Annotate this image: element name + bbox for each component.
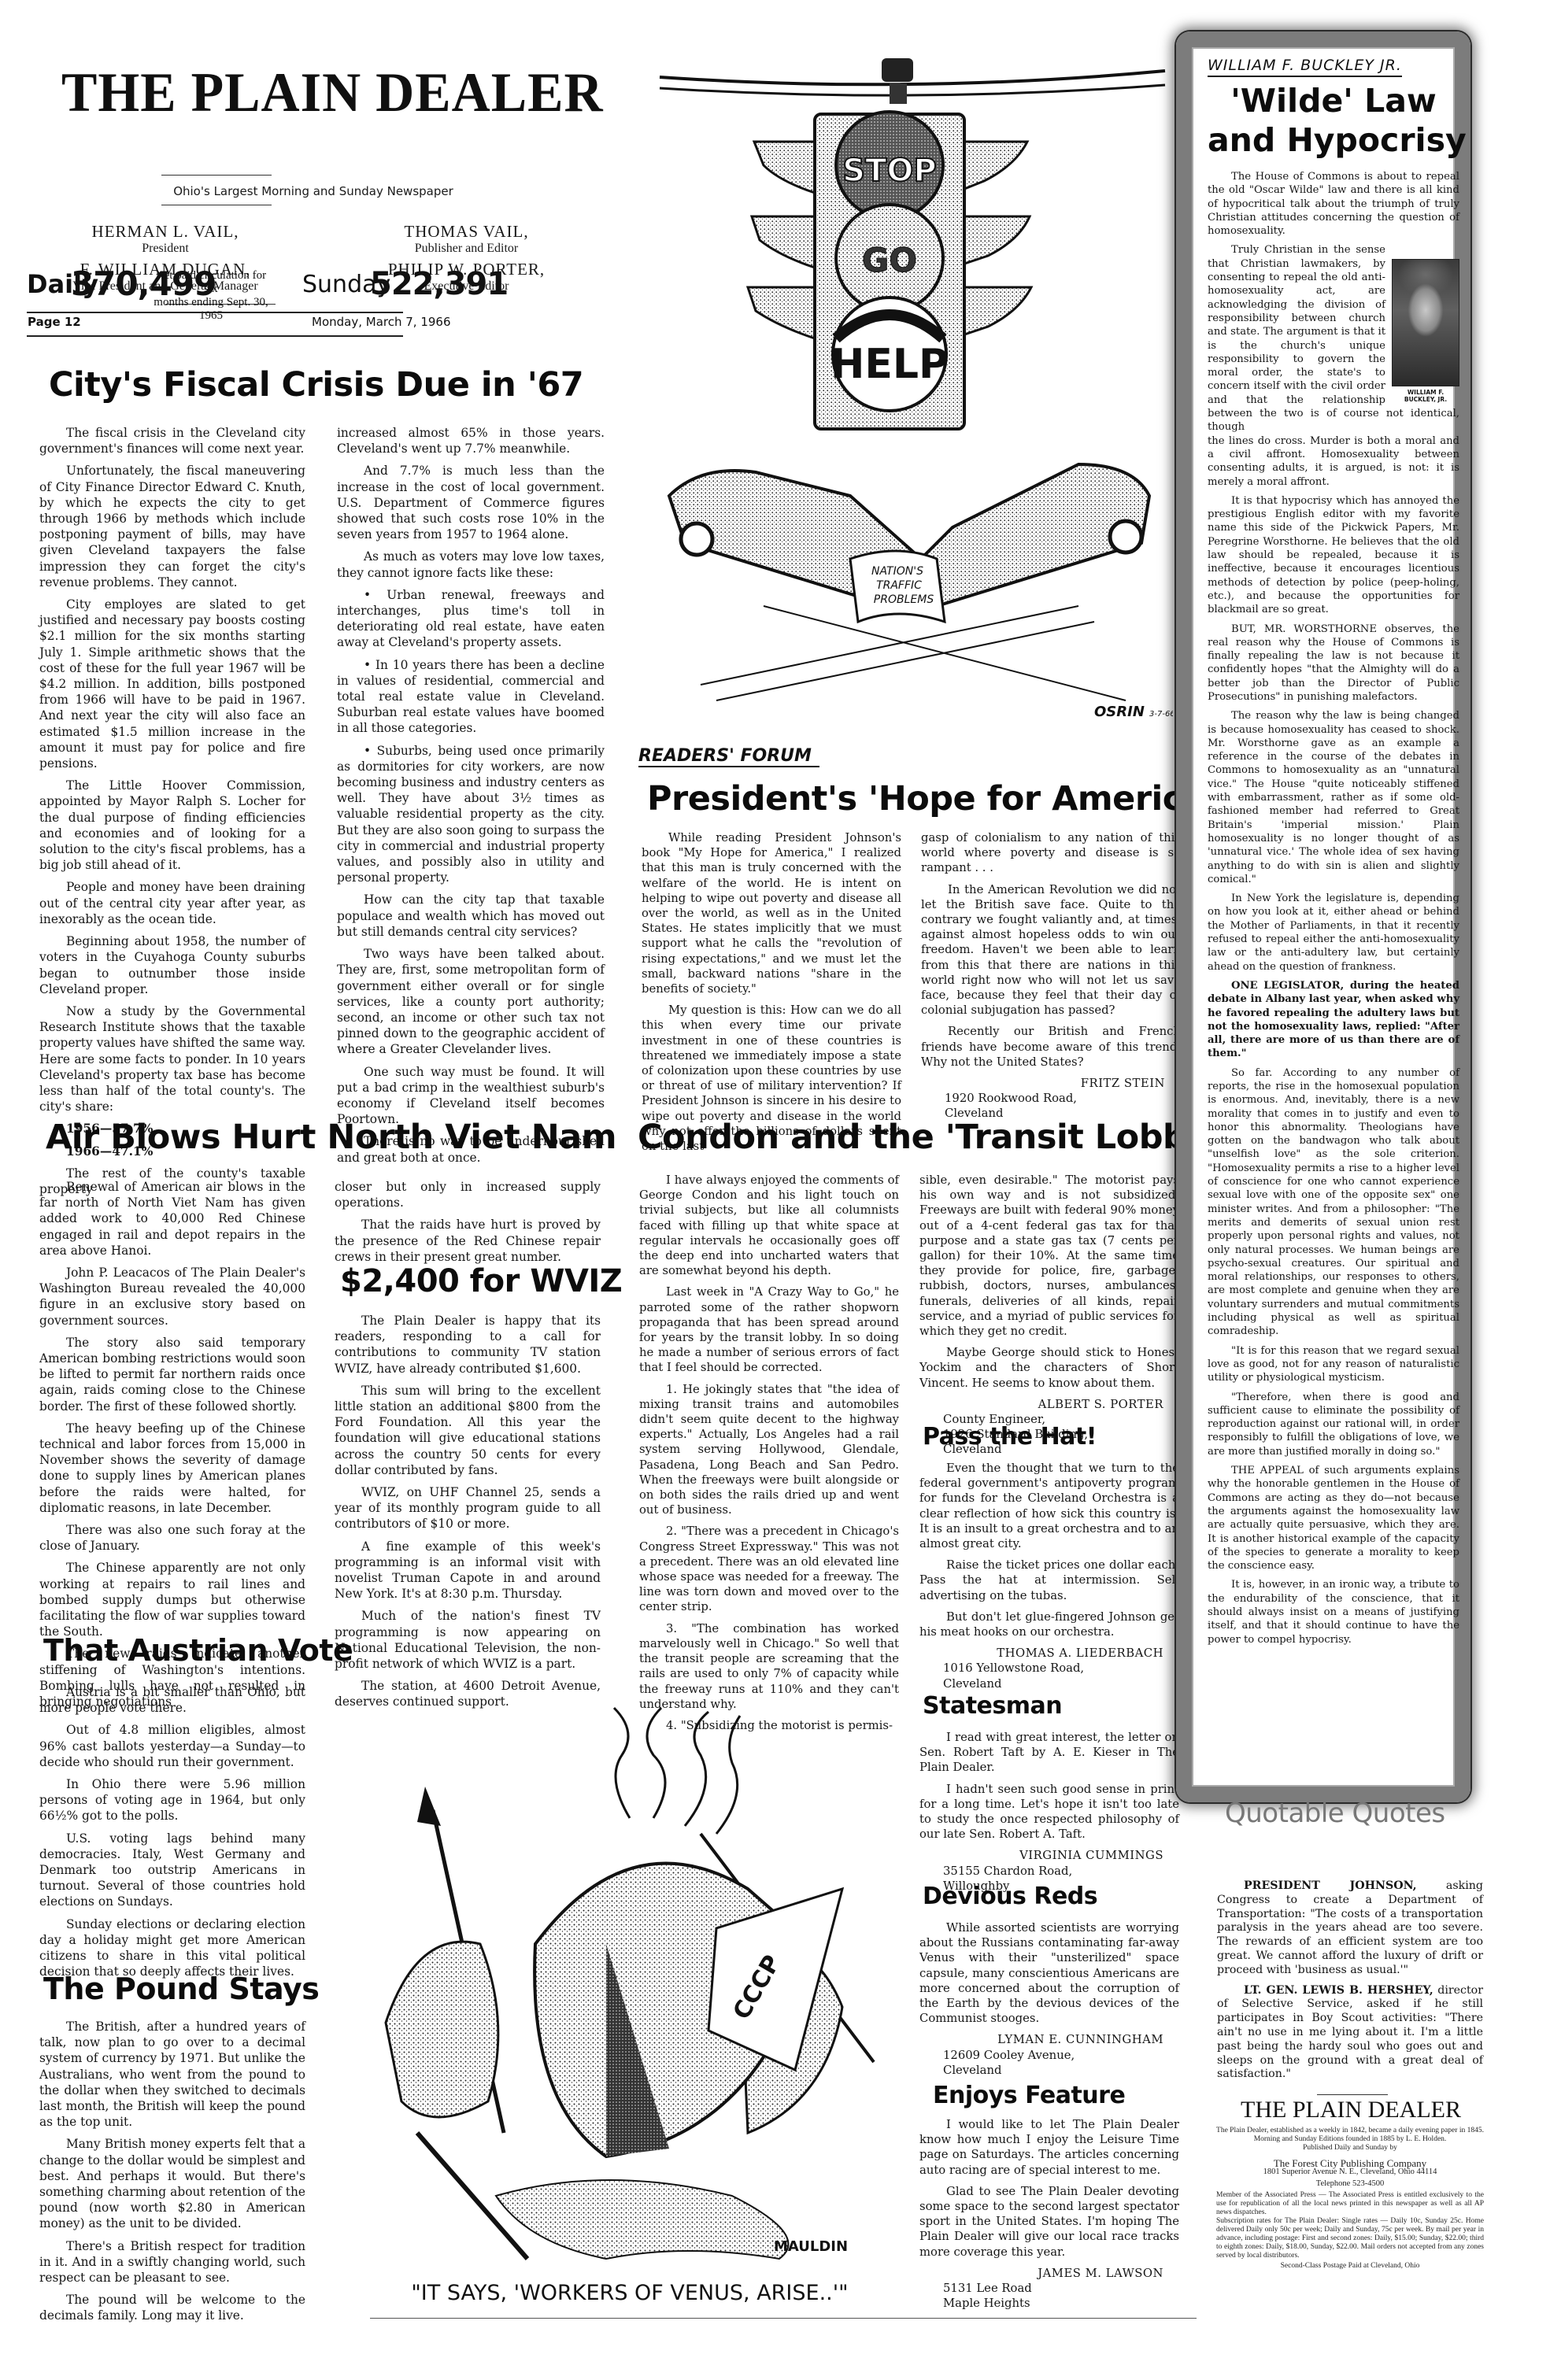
light-stop: STOP [842, 153, 936, 189]
headline-presidents-hope: President's 'Hope for America' [647, 779, 1215, 819]
headline-wviz: $2,400 for WVIZ [340, 1263, 622, 1299]
buckley-column: WILLIAM F. BUCKLEY JR. 'Wilde' Law and H… [1208, 57, 1459, 1652]
article-fiscal-col2: increased almost 65% in those years. Cle… [337, 425, 605, 1172]
article-pound-stays: The British, after a hundred years of ta… [39, 2019, 305, 2330]
article-austrian-vote: Austria is a bit smaller than Ohio, but … [39, 1684, 305, 1986]
headline-quotable-quotes: Quotable Quotes [1225, 1798, 1445, 1829]
quote-item: LT. GEN. LEWIS B. HERSHEY, director of S… [1217, 1984, 1483, 2082]
article-fiscal-col1: The fiscal crisis in the Cleveland city … [39, 425, 305, 1203]
colophon-title: THE PLAIN DEALER [1233, 2097, 1469, 2123]
photo-caption: WILLIAM F. BUCKLEY, JR. [1392, 389, 1459, 403]
photo-wrap: WILLIAM F. BUCKLEY, JR. [1392, 259, 1459, 403]
date-rule-top [27, 312, 403, 313]
colophon: The Plain Dealer, established as a weekl… [1216, 2127, 1484, 2271]
banner-line-1: NATION'S [871, 565, 923, 578]
cartoon-caption: "IT SAYS, 'WORKERS OF VENUS, ARISE..'" [411, 2281, 848, 2305]
letter-enjoys-feature: I would like to let The Plain Dealer kno… [919, 2117, 1179, 2311]
banner-line-3: PROBLEMS [874, 593, 934, 606]
column-byline: WILLIAM F. BUCKLEY JR. [1208, 57, 1402, 77]
quote-item: PRESIDENT JOHNSON, asking Congress to cr… [1217, 1879, 1483, 1978]
column-body: The House of Commons is about to repeal … [1208, 170, 1459, 1646]
letter-pass-the-hat: Even the thought that we turn to the fed… [919, 1461, 1179, 1701]
section-label-readers-forum: READERS' FORUM [638, 746, 819, 767]
letter-signer: FRITZ STEIN [921, 1076, 1181, 1091]
circulation-note: Net paid circulation for six months endi… [148, 269, 274, 323]
masthead-title: THE PLAIN DEALER [61, 60, 604, 125]
article-wviz: The Plain Dealer is happy that its reade… [335, 1313, 601, 1717]
quotable-quotes-list: PRESIDENT JOHNSON, asking Congress to cr… [1217, 1879, 1483, 2088]
letter-condon-col1: I have always enjoyed the comments of Ge… [639, 1173, 899, 1739]
venus-capsule-illustration: CCCP MAULDIN "IT SAYS, 'WORKERS OF VENUS… [370, 1692, 913, 2314]
cartoon-date: 3-7-66 [1149, 710, 1173, 719]
headline-pound-stays: The Pound Stays [43, 1972, 319, 2006]
letter-devious-reds: While assorted scientists are worrying a… [919, 1920, 1179, 2087]
letter-statesman: I read with great interest, the letter o… [919, 1730, 1179, 1903]
author-photo [1392, 259, 1459, 386]
article-air-blows-col2: closer but only in increased supply oper… [335, 1179, 601, 1271]
divider [161, 175, 272, 176]
banner-line-2: TRAFFIC [876, 579, 922, 592]
light-go: GO [862, 241, 917, 279]
headline-condon-transit-lobby: Condon and the 'Transit Lobby' [638, 1118, 1218, 1157]
headline-pass-the-hat: Pass the Hat! [923, 1423, 1097, 1451]
divider [161, 205, 272, 205]
issue-date: Monday, March 7, 1966 [312, 315, 451, 329]
headline-devious-reds: Devious Reds [923, 1883, 1097, 1910]
masthead-tagline: Ohio's Largest Morning and Sunday Newspa… [120, 184, 506, 198]
circulation-bar: Daily 370,499 Net paid circulation for s… [25, 268, 608, 315]
editorial-cartoon-venus: CCCP MAULDIN "IT SAYS, 'WORKERS OF VENUS… [370, 1692, 913, 2314]
headline-enjoys-feature: Enjoys Feature [933, 2082, 1125, 2109]
sunday-circulation: 522,391 [370, 266, 508, 302]
letter-presidents-hope-col1: While reading President Johnson's book "… [642, 830, 901, 1160]
column-headline-line2: and Hypocrisy [1208, 121, 1459, 159]
column-headline-line1: 'Wilde' Law [1208, 82, 1459, 120]
date-rule-bottom [27, 335, 403, 337]
letter-presidents-hope-col2: gasp of colonialism to any nation of thi… [921, 830, 1181, 1122]
headline-austrian-vote: That Austrian Vote [43, 1633, 353, 1668]
light-help: HELP [830, 341, 949, 388]
page-number: Page 12 [28, 315, 81, 329]
cartoonist-signature: OSRIN [1094, 704, 1145, 720]
officer-2: THOMAS VAIL, Publisher and Editor [374, 222, 559, 256]
cartoonist-signature: MAULDIN [774, 2238, 848, 2255]
headline-fiscal-crisis: City's Fiscal Crisis Due in '67 [49, 365, 583, 405]
divider [1317, 2094, 1388, 2095]
editorial-cartoon-traffic: STOP GO HELP NATION'S TRAFFIC PROBLEMS O… [653, 55, 1173, 732]
headline-statesman: Statesman [923, 1692, 1062, 1720]
bottom-rule [370, 2318, 1197, 2319]
traffic-light-illustration: STOP GO HELP NATION'S TRAFFIC PROBLEMS O… [653, 55, 1173, 732]
officer-1: HERMAN L. VAIL, President [75, 222, 256, 256]
headline-air-blows: Air Blows Hurt North Viet Nam [46, 1118, 616, 1157]
